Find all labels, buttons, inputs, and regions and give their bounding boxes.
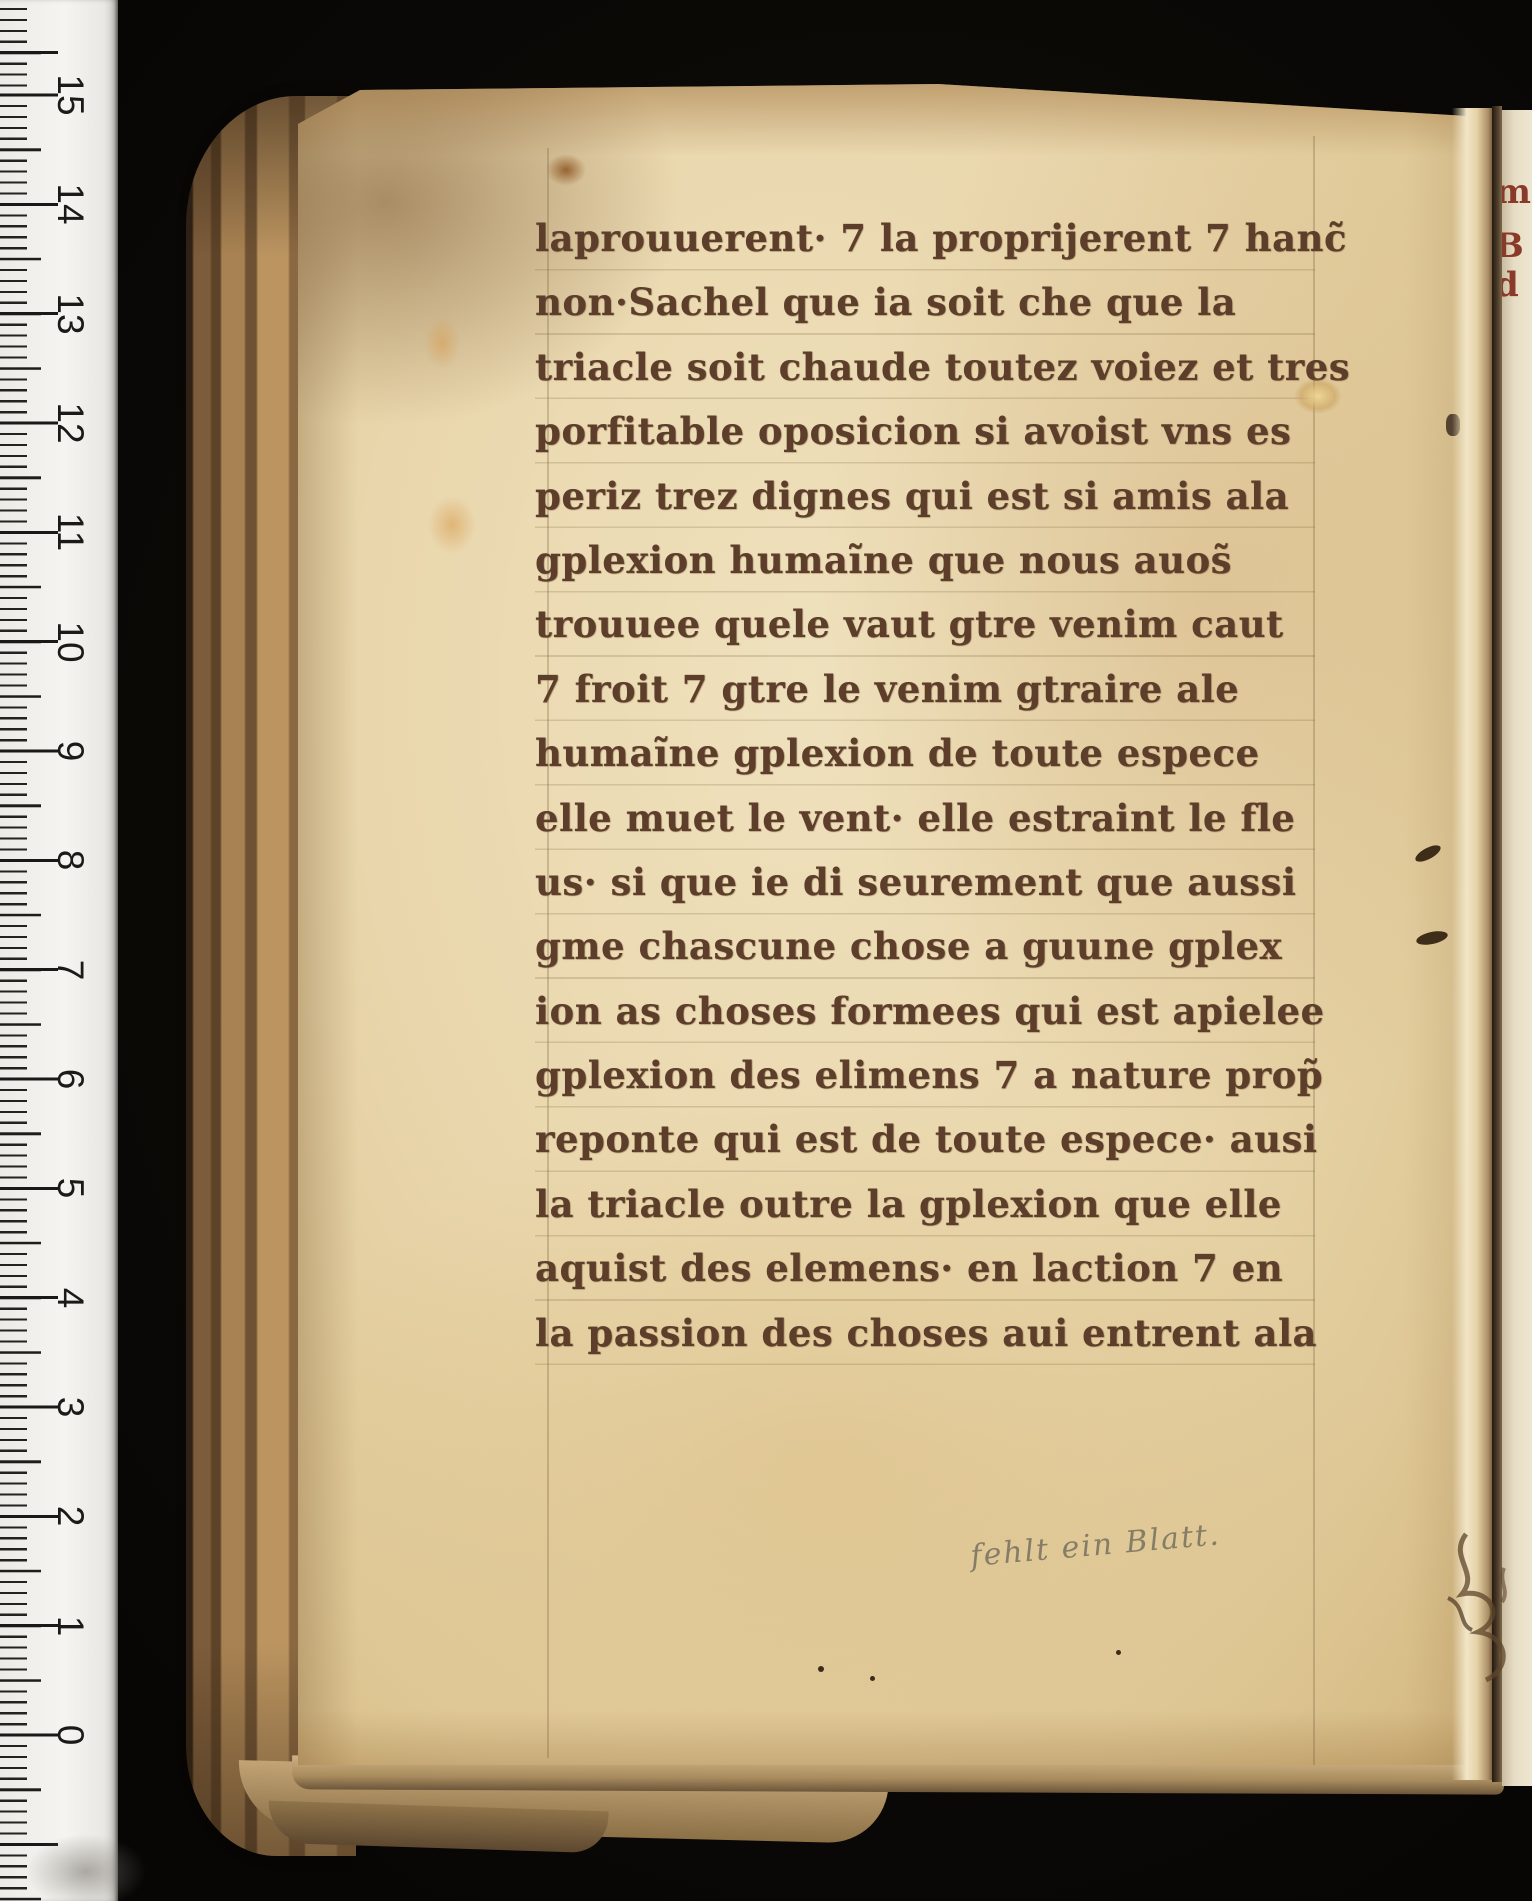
manuscript-line: ion as choses formees qui est apielee [535, 979, 1315, 1043]
ruler-number: 3 [48, 1383, 92, 1431]
facing-text-fragment: d [1502, 265, 1519, 305]
manuscript-line: laprouuerent· 7 la proprijerent 7 hanc̃ [535, 206, 1315, 270]
stain-repair-patch [1294, 378, 1342, 414]
ruler-number: 2 [48, 1492, 92, 1540]
pencil-annotation: fehlt ein Blatt. [969, 1513, 1271, 1574]
ruler-number: 10 [48, 618, 92, 666]
ruler-number: 12 [48, 399, 92, 447]
ruler-number: 6 [48, 1055, 92, 1103]
manuscript-line: reponte qui est de toute espece· ausi [535, 1107, 1315, 1171]
ruler-number: 4 [48, 1274, 92, 1322]
manuscript-line: gme chascune chose a guune gplex [535, 914, 1315, 978]
manuscript-photo: 1514131211109876543210 laprouuerent· 7 l… [0, 0, 1532, 1901]
manuscript-line: la passion des choses aui entrent ala [535, 1301, 1315, 1365]
sewing-marks [1408, 1528, 1532, 1708]
manuscript-line: triacle soit chaude toutez voiez et tres [535, 335, 1315, 399]
ink-speck [870, 1676, 875, 1681]
manuscript-line: porfitable oposicion si avoist vns es [535, 399, 1315, 463]
facing-text-fragment: m [1502, 172, 1531, 212]
text-block: laprouuerent· 7 la proprijerent 7 hanc̃n… [535, 206, 1315, 1365]
wormhole [1415, 929, 1449, 947]
manuscript-line: elle muet le vent· elle estraint le fle [535, 786, 1315, 850]
manuscript-line: 7 froit 7 gtre le venim gtraire ale [535, 657, 1315, 721]
stain [424, 316, 460, 370]
manuscript-page: laprouuerent· 7 la proprijerent 7 hanc̃n… [298, 84, 1500, 1765]
manuscript-line: non·Sachel que ia soit che que la [535, 270, 1315, 334]
ruler: 1514131211109876543210 [0, 0, 118, 1901]
ruler-number: 8 [48, 836, 92, 884]
stain [546, 154, 586, 186]
facing-text-fragment: B [1502, 226, 1524, 266]
ruler-number: 14 [48, 180, 92, 228]
ruler-number: 0 [48, 1711, 92, 1759]
manuscript-line: us· si que ie di seurement que aussi [535, 850, 1315, 914]
stain [428, 496, 476, 554]
manuscript-line: trouuee quele vaut gtre venim caut [535, 592, 1315, 656]
ruler-number: 5 [48, 1164, 92, 1212]
manuscript-line: humaĩne gplexion de toute espece [535, 721, 1315, 785]
wormhole [1413, 842, 1443, 865]
ruler-number: 13 [48, 290, 92, 338]
manuscript-line: gplexion des elimens 7 a nature prop̃ [535, 1043, 1315, 1107]
manuscript-line: aquist des elemens· en laction 7 en [535, 1236, 1315, 1300]
ruler-number: 7 [48, 946, 92, 994]
ink-speck [1116, 1650, 1121, 1655]
ruler-number: 11 [48, 508, 92, 556]
ruler-number: 1 [48, 1602, 92, 1650]
manuscript-line: gplexion humaĩne que nous auos̃ [535, 528, 1315, 592]
ruler-shadow-smudge [26, 1834, 146, 1901]
ink-speck [818, 1666, 824, 1672]
manuscript-line: la triacle outre la gplexion que elle [535, 1172, 1315, 1236]
manuscript-line: periz trez dignes qui est si amis ala [535, 464, 1315, 528]
ruler-number: 15 [48, 71, 92, 119]
ruler-number: 9 [48, 727, 92, 775]
